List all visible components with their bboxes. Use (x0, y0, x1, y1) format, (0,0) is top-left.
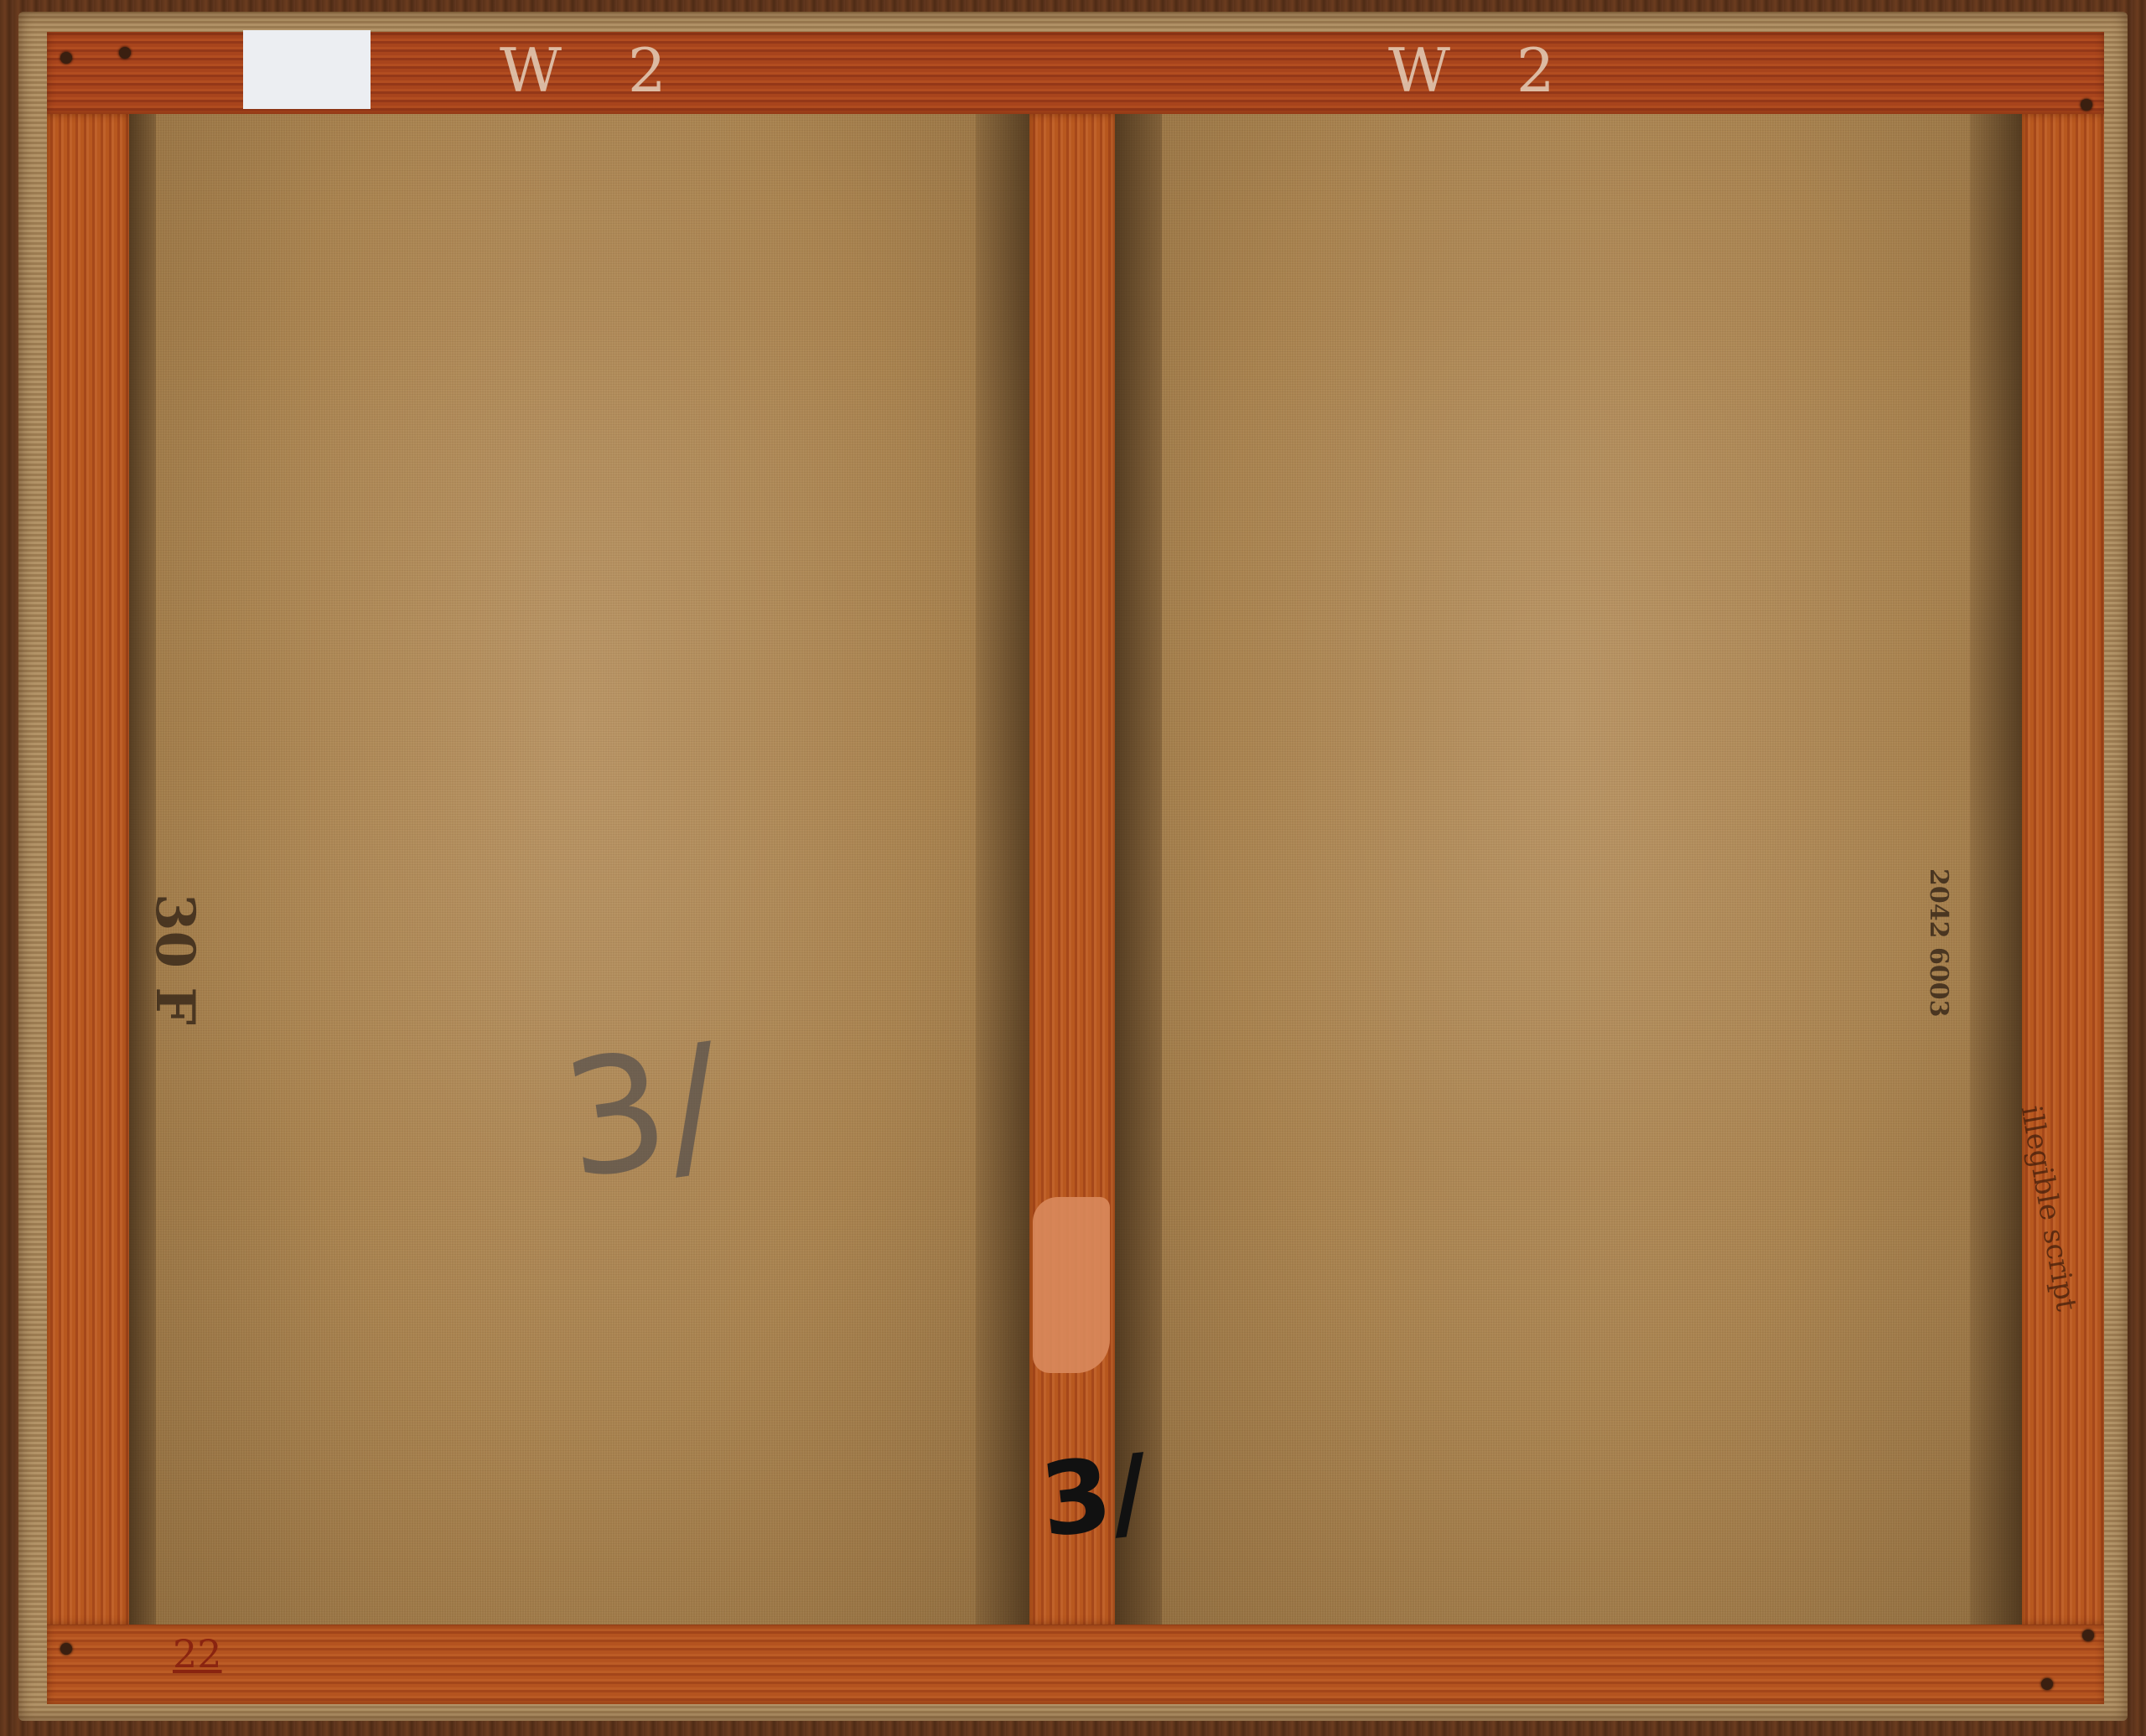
nail (119, 47, 131, 59)
stretcher-crossbar-center: 3/ (1029, 114, 1115, 1625)
nail (60, 52, 72, 64)
bar-shadow (1115, 114, 1162, 1625)
canvas-panel-left: 30 F 3/ (129, 114, 1029, 1625)
bar-shadow (1970, 114, 2022, 1625)
red-number-mark: 22 (173, 1631, 222, 1676)
bar-shadow (976, 114, 1029, 1625)
stretcher-frame: 30 F 3/ 2042 6003 W 2 W 2 22 illegible s… (47, 32, 2104, 1704)
stretcher-bar-bottom: 22 (47, 1625, 2104, 1704)
stretcher-bar-right: illegible script (2022, 114, 2104, 1625)
torn-paper-label (1033, 1197, 1110, 1373)
nail (2041, 1678, 2053, 1690)
chalk-mark-right: W 2 (1388, 35, 1578, 106)
stencil-size-mark: 30 F (143, 894, 206, 1025)
stencil-number-mark: 2042 6003 (1924, 868, 1953, 1017)
marker-number: 3/ (1035, 1433, 1153, 1561)
nail (60, 1643, 72, 1655)
blank-white-label (243, 30, 371, 109)
stretcher-bar-left (47, 114, 129, 1625)
pencil-inscription: 3/ (553, 1009, 733, 1215)
handwritten-inscription: illegible script (2014, 1103, 2083, 1314)
chalk-mark-left: W 2 (500, 35, 690, 106)
nail (2081, 99, 2092, 111)
bar-shadow (129, 114, 156, 1625)
canvas-panel-right: 2042 6003 (1115, 114, 2022, 1625)
nail (2082, 1630, 2094, 1641)
